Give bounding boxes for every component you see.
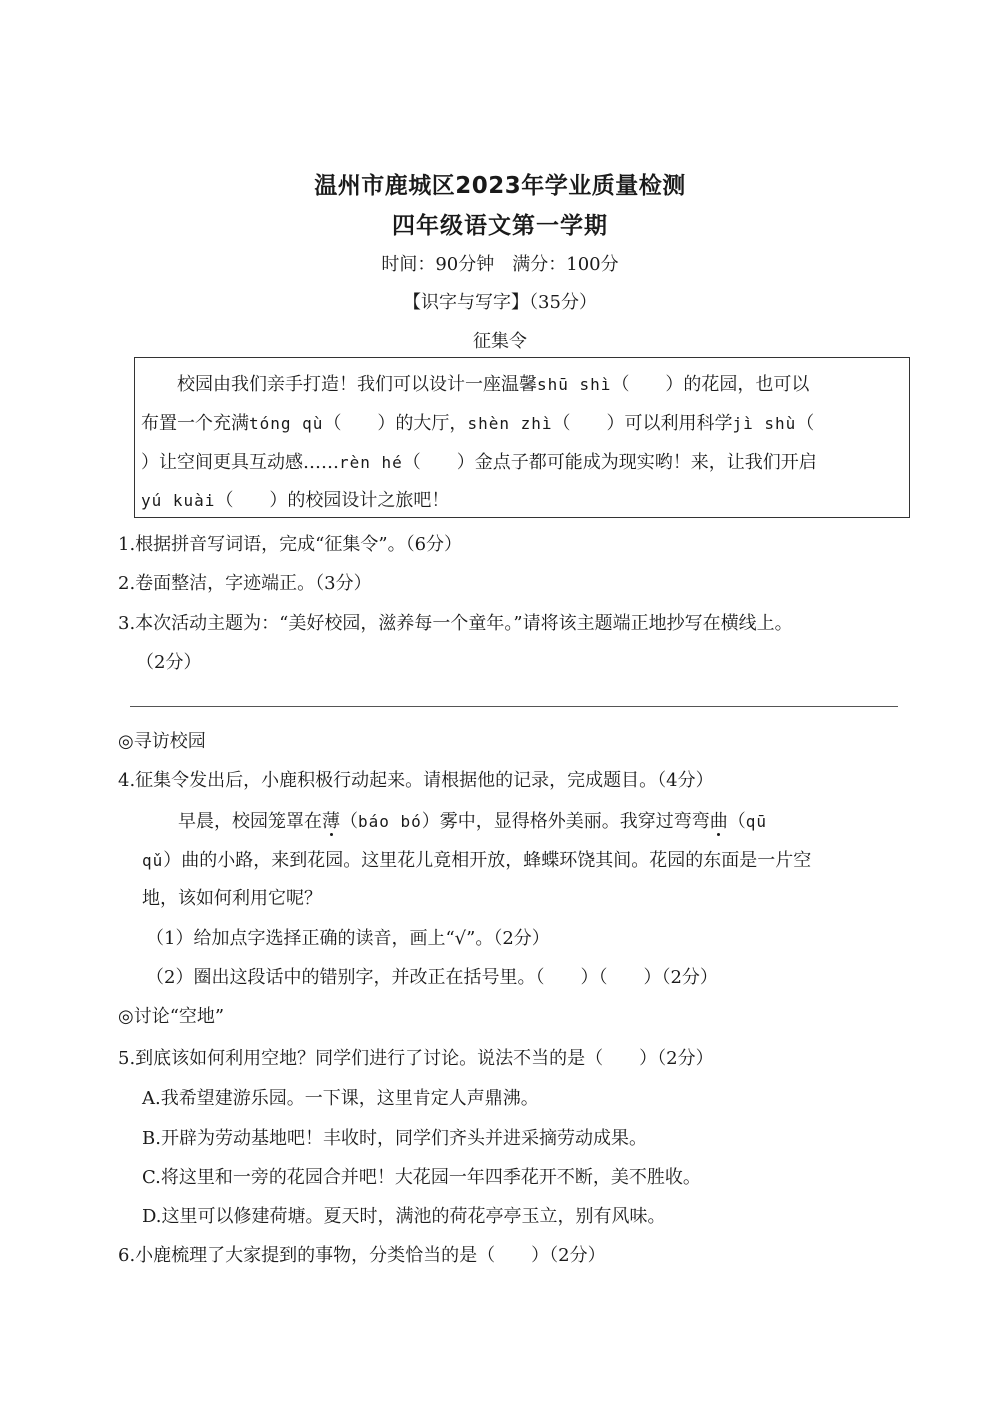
pinyin: jì shù — [733, 414, 797, 433]
exam-page: 温州市鹿城区2023年学业质量检测 四年级语文第一学期 时间：90分钟 满分：1… — [0, 0, 1000, 1414]
exam-title: 温州市鹿城区2023年学业质量检测 — [0, 167, 1000, 200]
notice-line: ）让空间更具互动感……rèn hé（ ）金点子都可能成为现实哟！来，让我们开启 — [141, 448, 817, 474]
pinyin: shū shì — [537, 375, 611, 394]
pinyin-option[interactable]: qū — [746, 812, 767, 831]
option-d: D.这里可以修建荷塘。夏天时，满池的荷花亭亭玉立，别有风味。 — [142, 1202, 666, 1228]
passage-line: 地，该如何利用它呢？ — [142, 884, 322, 910]
question-1: 1.根据拼音写词语，完成“征集令”。（6分） — [118, 530, 462, 556]
answer-line[interactable] — [130, 706, 898, 707]
dotted-char: 薄 — [322, 811, 340, 832]
question-3: 3.本次活动主题为：“美好校园，滋养每一个童年。”请将该主题端正地抄写在横线上。 — [118, 609, 793, 635]
question-4-sub-1: （1）给加点字选择正确的读音，画上“√”。（2分） — [146, 924, 550, 950]
question-4-sub-2: （2）圈出这段话中的错别字，并改正在括号里。（ ）（ ）（2分） — [146, 963, 718, 989]
option-b: B.开辟为劳动基地吧！丰收时，同学们齐头并进采摘劳动成果。 — [142, 1124, 647, 1150]
exam-meta: 时间：90分钟 满分：100分 — [0, 250, 1000, 276]
question-3-score: （2分） — [136, 648, 201, 674]
section-discuss: ◎讨论“空地” — [118, 1002, 224, 1028]
notice-line: 布置一个充满tóng qù（ ）的大厅，shèn zhì（ ）可以利用科学jì … — [141, 409, 814, 435]
pinyin-option[interactable]: báo bó — [358, 812, 422, 831]
pinyin: tóng qù — [249, 414, 323, 433]
notice-box: 校园由我们亲手打造！我们可以设计一座温馨shū shì（ ）的花园，也可以 布置… — [134, 357, 910, 518]
question-2: 2.卷面整洁，字迹端正。（3分） — [118, 569, 372, 595]
dotted-char: 曲 — [710, 811, 728, 832]
option-c: C.将这里和一旁的花园合并吧！大花园一年四季花开不断，美不胜收。 — [142, 1163, 701, 1189]
question-5: 5.到底该如何利用空地？同学们进行了讨论。说法不当的是（ ）（2分） — [118, 1044, 714, 1070]
notice-title: 征集令 — [0, 327, 1000, 353]
passage-line: 早晨，校园笼罩在薄（báo bó）雾中，显得格外美丽。我穿过弯弯曲（qū — [142, 807, 767, 833]
pinyin: yú kuài — [141, 491, 215, 510]
pinyin-option[interactable]: qǔ — [142, 851, 163, 870]
notice-line: yú kuài（ ）的校园设计之旅吧！ — [141, 486, 449, 512]
passage-line: qǔ）曲的小路，来到花园。这里花儿竟相开放，蜂蝶环饶其间。花园的东面是一片空 — [142, 846, 811, 872]
section-visit-campus: ◎寻访校园 — [118, 727, 206, 753]
pinyin: shèn zhì — [467, 414, 552, 433]
exam-subtitle: 四年级语文第一学期 — [0, 207, 1000, 240]
option-a: A.我希望建游乐园。一下课，这里肯定人声鼎沸。 — [142, 1084, 539, 1110]
section-heading: 【识字与写字】（35分） — [0, 288, 1000, 314]
pinyin: rèn hé — [339, 453, 403, 472]
notice-line: 校园由我们亲手打造！我们可以设计一座温馨shū shì（ ）的花园，也可以 — [141, 370, 809, 396]
question-4: 4.征集令发出后，小鹿积极行动起来。请根据他的记录，完成题目。（4分） — [118, 766, 714, 792]
question-6: 6.小鹿梳理了大家提到的事物，分类恰当的是（ ）（2分） — [118, 1241, 606, 1267]
